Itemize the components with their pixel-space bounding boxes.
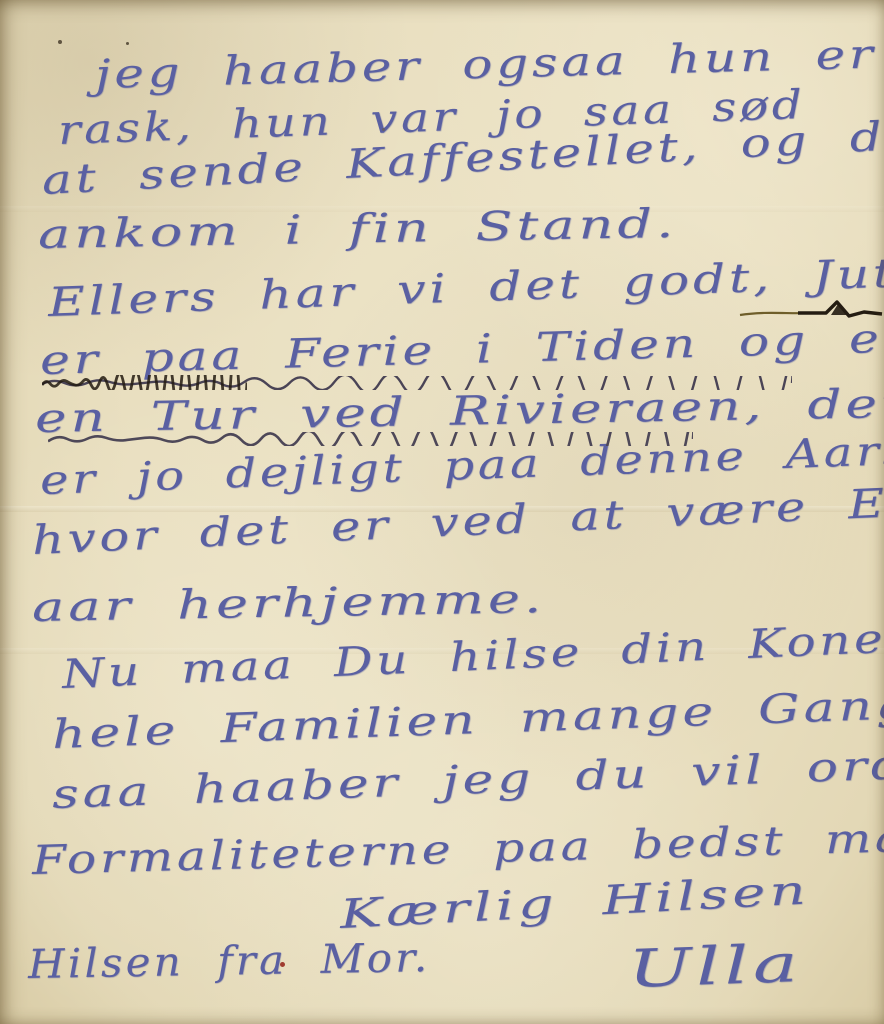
postscript-line: Hilsen fra Mor. [28, 935, 431, 988]
signature: Ulla [627, 934, 803, 1000]
letter-line: ankom i fin Stand. [38, 201, 678, 258]
letter-line: aar herhjemme. [32, 576, 546, 631]
paper-speck [58, 40, 62, 44]
closing-line: Kærlig Hilsen [339, 867, 811, 938]
letter-line: Ellers har vi det godt, Jutta [47, 248, 884, 326]
scanned-letter-page: jeg haaber ogsaa hun er rask, hun var jo… [0, 0, 884, 1024]
paper-speck [126, 42, 129, 45]
letter-line: er paa Ferie i Tiden og er [39, 315, 884, 384]
